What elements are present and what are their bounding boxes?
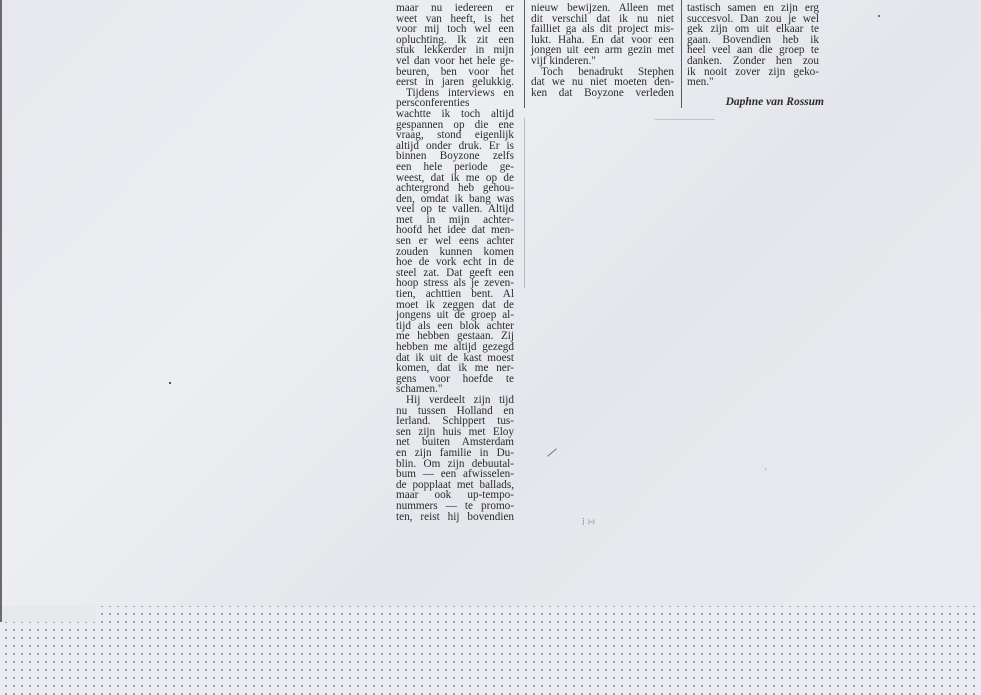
article-column-2: nieuw bewijzen. Alleen metdit verschil d… [531, 3, 674, 98]
paper-edge [0, 606, 96, 622]
speck [169, 382, 171, 384]
text-line: maar nu iedereen er [396, 3, 514, 14]
ink-smudge: ⁞ ∺ [582, 517, 596, 528]
text-line: nieuw bewijzen. Alleen met [531, 3, 674, 14]
text-line: wachtte ik toch altijd [396, 109, 514, 120]
speck [878, 15, 880, 17]
text-line: hebben me altijd gezegd [396, 342, 514, 353]
text-line: een hele periode ge- [396, 162, 514, 173]
text-line: tastisch samen en zijn erg [687, 3, 819, 14]
text-line: en zijn familie in Du- [396, 448, 514, 459]
author-byline: Daphne van Rossum [700, 96, 824, 108]
text-line: ten, reist hij bovendien [396, 512, 514, 523]
text-line: vel dan voor het hele ge- [396, 56, 514, 67]
text-line: danken. Zonder hen zou [687, 56, 819, 67]
scan-edge [0, 0, 2, 622]
text-line: men." [687, 77, 819, 88]
text-line: vijf kinderen." [531, 56, 674, 67]
ink-smudge: ᾿ [764, 468, 767, 479]
text-line: nummers — te promo- [396, 501, 514, 512]
end-rule [655, 119, 715, 120]
text-line: ken dat Boyzone verleden [531, 88, 674, 99]
column-divider [524, 0, 525, 108]
article-column-3: tastisch samen en zijn ergsuccesvol. Dan… [687, 3, 819, 88]
column-divider [681, 0, 682, 108]
article-column-1: maar nu iedereen erweet van heeft, is he… [396, 3, 514, 522]
text-line: Hij verdeelt zijn tijd [396, 395, 514, 406]
column-divider [524, 118, 525, 288]
